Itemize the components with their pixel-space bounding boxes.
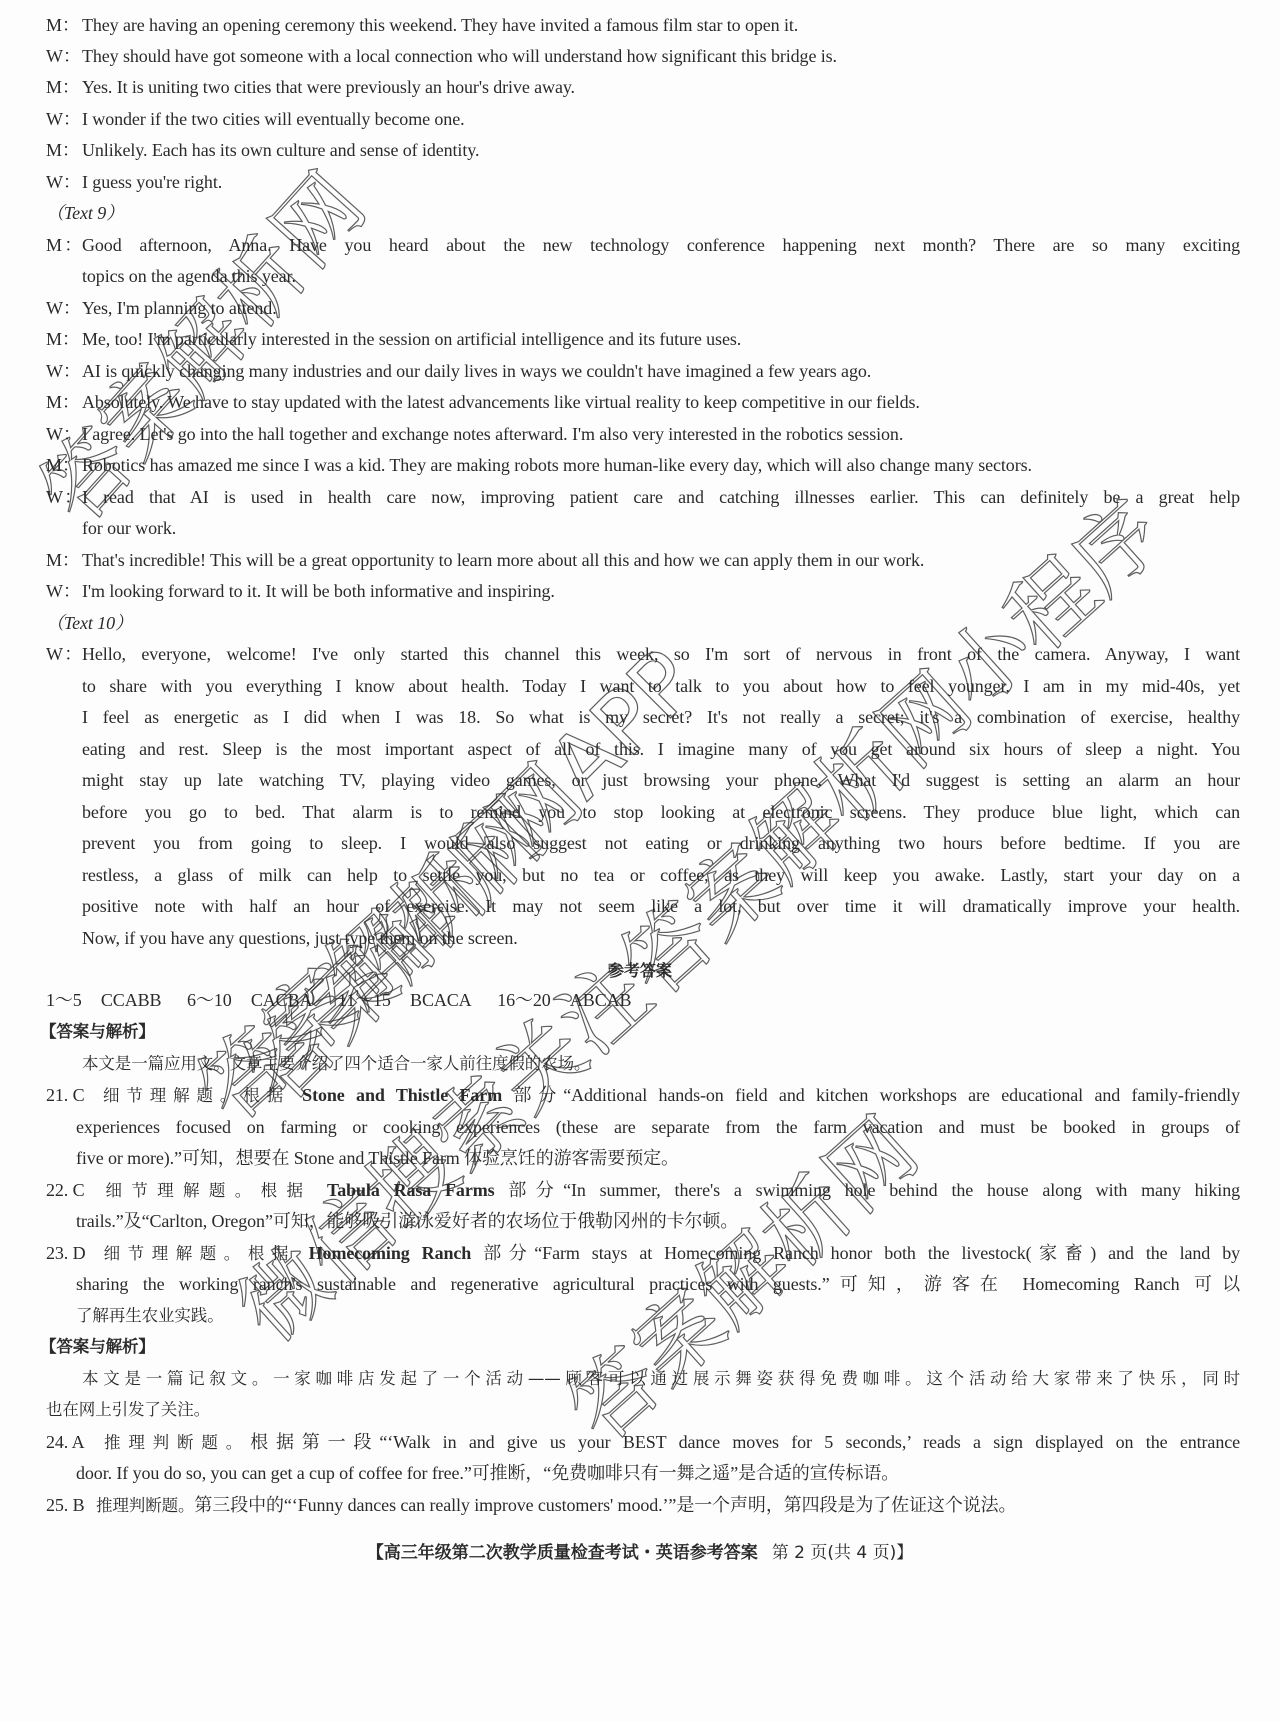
- dialogue-line: M：Absolutely. We have to stay updated wi…: [46, 391, 1240, 413]
- dialogue-text: I guess you're right.: [82, 172, 222, 192]
- monologue-line: prevent you from going to sleep. I would…: [82, 832, 1240, 854]
- speaker-label: W：: [46, 360, 82, 382]
- dialogue-text: They should have got someone with a loca…: [82, 46, 837, 66]
- answer-key-row: 1～5 CCABB 6～10 CACBA 11～15 BCACA 16～20 A…: [46, 989, 1240, 1011]
- answers-heading: 参考答案: [0, 958, 1280, 981]
- answer-range: 6～10: [187, 990, 232, 1010]
- monologue-line: restless, a glass of milk can help to se…: [82, 864, 1240, 886]
- explanation-text: 部分“Additional hands-on field and kitchen…: [502, 1085, 1240, 1105]
- speaker-label: W：: [46, 297, 82, 319]
- dialogue-text: Me, too! I'm particularly interested in …: [82, 329, 741, 349]
- dialogue-continuation: for our work.: [82, 517, 1240, 539]
- text-10-label: （Text 10）: [46, 612, 1240, 634]
- monologue-line: before you go to bed. That alarm is to r…: [82, 801, 1240, 823]
- dialogue-line: M：That's incredible! This will be a grea…: [46, 549, 1240, 571]
- explanation-line: 24. A推理判断题。根据第一段“‘Walk in and give us yo…: [46, 1431, 1240, 1454]
- question-number: 21. C: [46, 1084, 82, 1106]
- section-name: Homecoming Ranch: [309, 1243, 472, 1263]
- answer-range: 16～20: [497, 990, 551, 1010]
- dialogue-line: M：Robotics has amazed me since I was a k…: [46, 454, 1240, 476]
- speaker-label: M：: [46, 234, 82, 256]
- monologue-line: W：Hello, everyone, welcome! I've only st…: [46, 643, 1240, 665]
- dialogue-continuation: topics on the agenda this year.: [82, 265, 1240, 287]
- dialogue-text: I'm looking forward to it. It will be bo…: [82, 581, 555, 601]
- answer-range: 1～5: [46, 990, 82, 1010]
- speaker-label: W：: [46, 45, 82, 67]
- monologue-line: to share with you everything I know abou…: [82, 675, 1240, 697]
- question-type: 细节理解题。: [96, 1181, 261, 1200]
- answer-range: 11～15: [338, 990, 391, 1010]
- dialogue-line: W：I wonder if the two cities will eventu…: [46, 108, 1240, 130]
- speaker-label: W：: [46, 171, 82, 193]
- explanation-line: 了解再生农业实践。: [76, 1305, 1240, 1327]
- answer-letters: CCABB: [101, 990, 162, 1010]
- speaker-label: M：: [46, 14, 82, 36]
- explanation-text: 根据: [261, 1181, 327, 1200]
- question-type: 推理判断题。: [96, 1433, 250, 1452]
- page-number: 第 2 页(共 4 页)】: [772, 1543, 914, 1563]
- dialogue-line: W：AI is quickly changing many industries…: [46, 360, 1240, 382]
- page-footer: 【高三年级第二次教学质量检查考试・英语参考答案第 2 页(共 4 页)】: [0, 1538, 1280, 1563]
- monologue-line: eating and rest. Sleep is the most impor…: [82, 738, 1240, 760]
- explanation-text: 根据第一段“‘Walk in and give us your BEST dan…: [250, 1432, 1240, 1452]
- section-name: Tabula Rasa Farms: [327, 1180, 495, 1200]
- dialogue-line: W：Yes, I'm planning to attend.: [46, 297, 1240, 319]
- answer-letters: CACBA: [251, 990, 313, 1010]
- speaker-label: W：: [46, 486, 82, 508]
- explanation-text: 根据: [243, 1086, 302, 1105]
- dialogue-line: M：Yes. It is uniting two cities that wer…: [46, 76, 1240, 98]
- dialogue-text: They are having an opening ceremony this…: [82, 15, 798, 35]
- speaker-label: W：: [46, 643, 82, 665]
- dialogue-line: W：I read that AI is used in health care …: [46, 486, 1240, 508]
- explanation-line: five or more).”可知，想要在 Stone and Thistle …: [76, 1147, 1240, 1169]
- question-number: 22. C: [46, 1179, 82, 1201]
- speaker-label: W：: [46, 580, 82, 602]
- explanation-line: 23. D细节理解题。根据 Homecoming Ranch 部分“Farm s…: [46, 1242, 1240, 1265]
- speaker-label: M：: [46, 391, 82, 413]
- dialogue-text: That's incredible! This will be a great …: [82, 550, 924, 570]
- speaker-label: M：: [46, 549, 82, 571]
- explanation-line: experiences focused on farming or cookin…: [76, 1116, 1240, 1138]
- speaker-label: M：: [46, 139, 82, 161]
- section-label: 【答案与解析】: [40, 1336, 1240, 1358]
- explanation-line: 25. B推理判断题。第三段中的“‘Funny dances can reall…: [46, 1494, 1240, 1517]
- dialogue-line: M：They are having an opening ceremony th…: [46, 14, 1240, 36]
- monologue-line: Now, if you have any questions, just typ…: [82, 927, 1240, 949]
- explanation-line: door. If you do so, you can get a cup of…: [76, 1462, 1240, 1484]
- monologue-line: I feel as energetic as I did when I was …: [82, 706, 1240, 728]
- question-type: 细节理解题。: [96, 1244, 248, 1263]
- dialogue-text: Yes. It is uniting two cities that were …: [82, 77, 575, 97]
- explanation-text: 根据: [248, 1244, 309, 1263]
- monologue-line: positive note with half an hour of exerc…: [82, 895, 1240, 917]
- passage-summary: 本文是一篇记叙文。一家咖啡店发起了一个活动——顾客可以通过展示舞姿获得免费咖啡。…: [82, 1368, 1240, 1390]
- dialogue-text: I wonder if the two cities will eventual…: [82, 109, 464, 129]
- speaker-label: M：: [46, 454, 82, 476]
- footer-title: 【高三年级第二次教学质量检查考试・英语参考答案: [367, 1543, 758, 1563]
- explanation-line: sharing the working ranch's sustainable …: [76, 1273, 1240, 1295]
- explanation-text: 第三段中的“‘Funny dances can really improve c…: [194, 1495, 1016, 1515]
- passage-summary: 本文是一篇应用文。文章主要介绍了四个适合一家人前往度假的农场。: [82, 1053, 1240, 1075]
- question-number: 23. D: [46, 1242, 82, 1264]
- dialogue-line: M：Good afternoon, Anna. Have you heard a…: [46, 234, 1240, 256]
- dialogue-line: W：I guess you're right.: [46, 171, 1240, 193]
- explanation-line: trails.”及“Carlton, Oregon”可知，能够吸引游泳爱好者的农…: [76, 1210, 1240, 1232]
- explanation-text: 部分“In summer, there's a swimming hole be…: [495, 1180, 1240, 1200]
- explanation-line: 22. C细节理解题。根据 Tabula Rasa Farms 部分“In su…: [46, 1179, 1240, 1202]
- question-number: 25. B: [46, 1494, 82, 1516]
- dialogue-text: AI is quickly changing many industries a…: [82, 361, 871, 381]
- dialogue-text: Robotics has amazed me since I was a kid…: [82, 455, 1032, 475]
- explanation-text: 部分“Farm stays at Homecoming Ranch honor …: [471, 1243, 1240, 1263]
- dialogue-text: Yes, I'm planning to attend.: [82, 298, 277, 318]
- question-number: 24. A: [46, 1431, 82, 1453]
- text-9-label: （Text 9）: [46, 202, 1240, 224]
- dialogue-line: W：I agree. Let's go into the hall togeth…: [46, 423, 1240, 445]
- dialogue-line: W：They should have got someone with a lo…: [46, 45, 1240, 67]
- section-name: Stone and Thistle Farm: [302, 1085, 502, 1105]
- monologue-line: might stay up late watching TV, playing …: [82, 769, 1240, 791]
- dialogue-line: M：Me, too! I'm particularly interested i…: [46, 328, 1240, 350]
- speaker-label: W：: [46, 423, 82, 445]
- speaker-label: M：: [46, 328, 82, 350]
- answer-letters: ABCAB: [570, 990, 632, 1010]
- passage-summary: 也在网上引发了关注。: [46, 1399, 1240, 1421]
- question-type: 推理判断题。: [96, 1496, 194, 1515]
- section-label: 【答案与解析】: [40, 1021, 1240, 1043]
- dialogue-text: Good afternoon, Anna. Have you heard abo…: [82, 235, 1240, 255]
- question-type: 细节理解题。: [96, 1086, 243, 1105]
- explanation-line: 21. C细节理解题。根据 Stone and Thistle Farm 部分“…: [46, 1084, 1240, 1107]
- dialogue-text: I read that AI is used in health care no…: [82, 487, 1240, 507]
- answer-key-page: M：They are having an opening ceremony th…: [0, 0, 1280, 1722]
- answer-letters: BCACA: [410, 990, 472, 1010]
- dialogue-line: M：Unlikely. Each has its own culture and…: [46, 139, 1240, 161]
- dialogue-text: I agree. Let's go into the hall together…: [82, 424, 903, 444]
- dialogue-text: Unlikely. Each has its own culture and s…: [82, 140, 479, 160]
- dialogue-text: Absolutely. We have to stay updated with…: [82, 392, 920, 412]
- speaker-label: M：: [46, 76, 82, 98]
- monologue-text: Hello, everyone, welcome! I've only star…: [82, 644, 1240, 664]
- speaker-label: W：: [46, 108, 82, 130]
- dialogue-line: W：I'm looking forward to it. It will be …: [46, 580, 1240, 602]
